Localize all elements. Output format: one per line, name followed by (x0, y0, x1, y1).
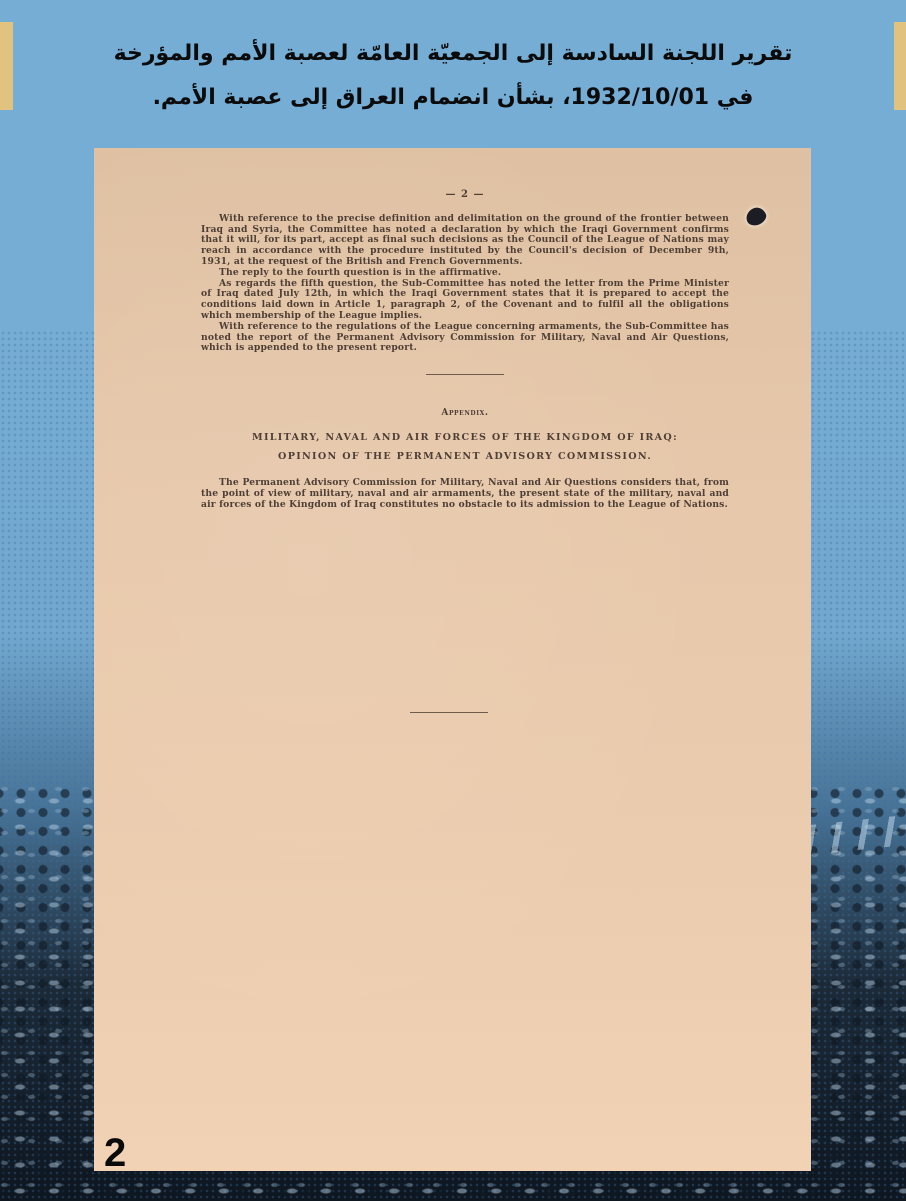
paragraph-fifth-question: As regards the fifth question, the Sub-C… (201, 279, 729, 322)
page-title: تقرير اللجنة السادسة إلى الجمعيّة العامّ… (100, 32, 806, 120)
ink-blot (743, 205, 768, 229)
appendix-body-paragraph: The Permanent Advisory Commission for Mi… (201, 478, 729, 510)
document-text: — 2 — With reference to the precise defi… (201, 190, 729, 510)
paragraph-armaments: With reference to the regulations of the… (201, 322, 729, 354)
page-number-badge: 2 (104, 1133, 126, 1173)
page-title-line-2: في 1932/10/01، بشأن انضمام العراق إلى عص… (100, 76, 806, 120)
appendix-heading-line-1: MILITARY, NAVAL AND AIR FORCES OF THE KI… (201, 428, 729, 447)
appendix-heading-line-2: OPINION OF THE PERMANENT ADVISORY COMMIS… (201, 447, 729, 466)
document-scan: — 2 — With reference to the precise defi… (94, 148, 811, 1171)
title-accent-bar-right (894, 22, 906, 110)
paragraph-fourth-question: The reply to the fourth question is in t… (201, 268, 729, 279)
title-accent-bar-left (0, 22, 13, 110)
document-page-marker: — 2 — (201, 190, 729, 201)
appendix-heading: MILITARY, NAVAL AND AIR FORCES OF THE KI… (201, 428, 729, 466)
paragraph-frontier: With reference to the precise definition… (201, 214, 729, 268)
appendix-label: Appendix. (201, 408, 729, 419)
section-divider (426, 374, 504, 375)
end-divider (410, 712, 488, 713)
page-title-line-1: تقرير اللجنة السادسة إلى الجمعيّة العامّ… (100, 32, 806, 76)
